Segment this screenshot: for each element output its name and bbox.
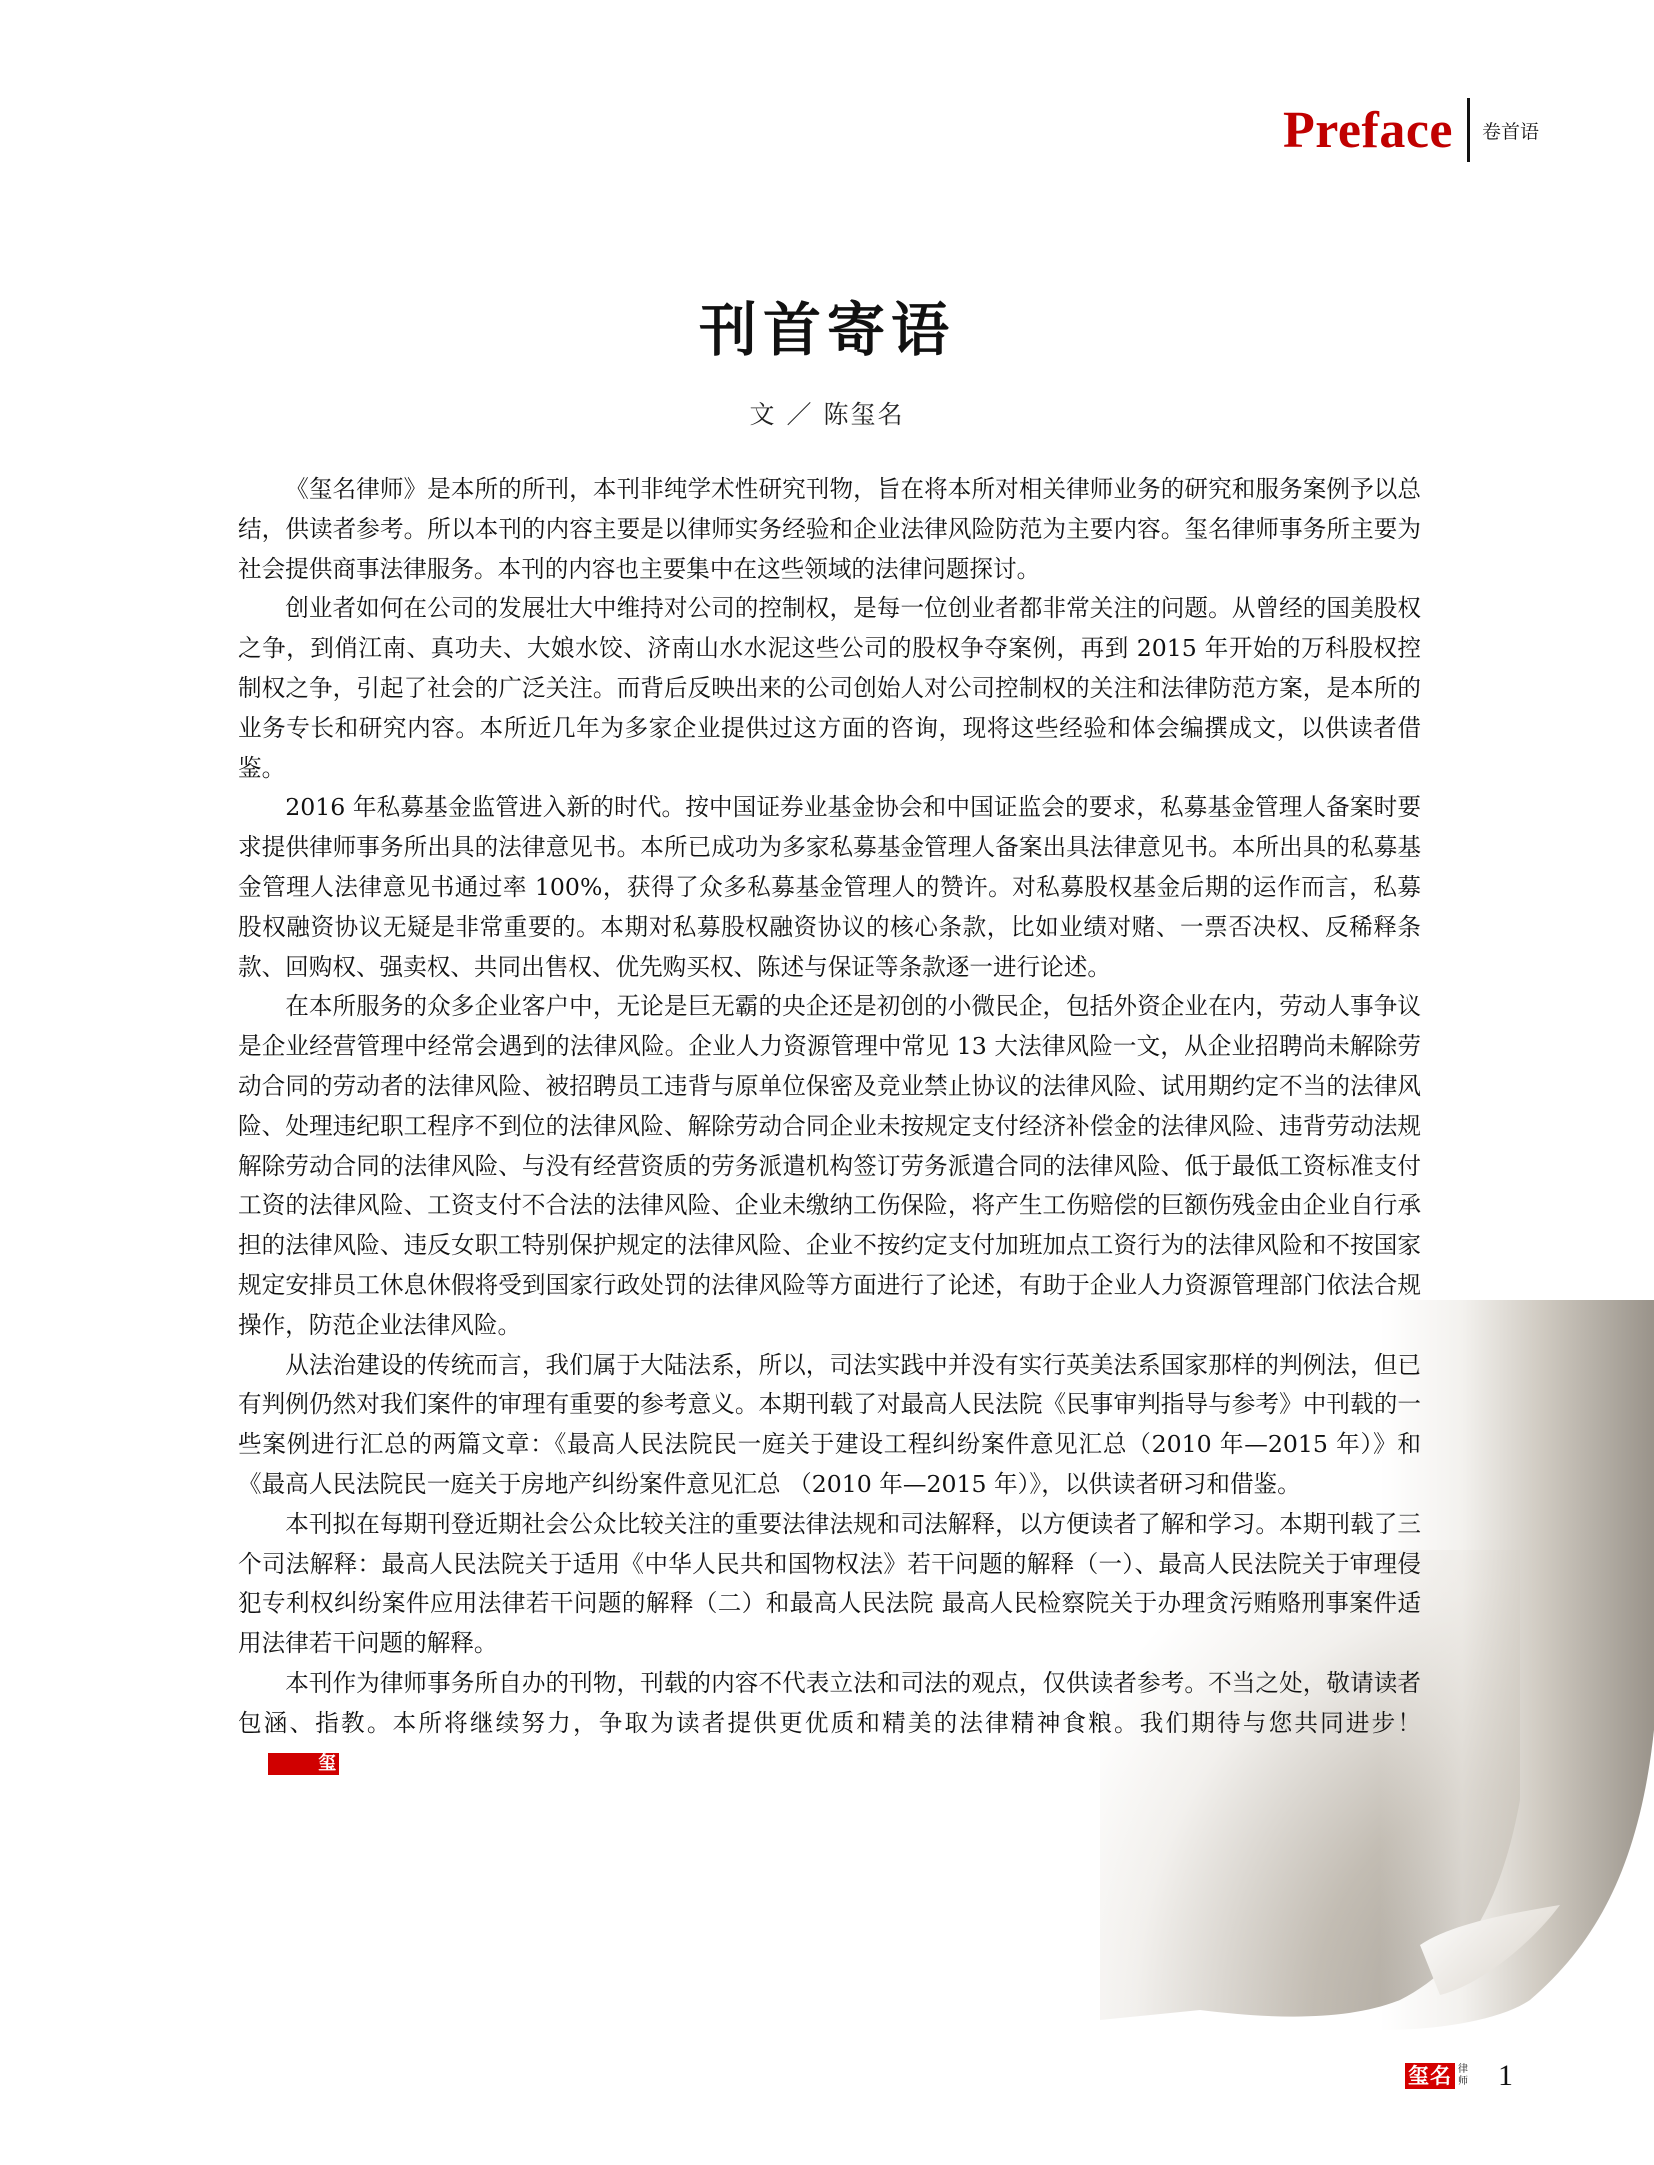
paragraph-closing-text: 本刊作为律师事务所自办的刊物，刊载的内容不代表立法和司法的观点，仅供读者参考。不… (238, 1669, 1421, 1737)
header-divider (1467, 98, 1470, 162)
publication-logo: 玺名 (1405, 2063, 1455, 2089)
article-body: 《玺名律师》是本所的所刊，本刊非纯学术性研究刊物，旨在将本所对相关律师业务的研究… (238, 470, 1421, 1783)
page-footer: 玺名 律 师 1 (1405, 2059, 1513, 2093)
section-label-en: Preface (1283, 101, 1453, 160)
section-header: Preface 卷首语 (1283, 98, 1539, 162)
paragraph: 在本所服务的众多企业客户中，无论是巨无霸的央企还是初创的小微民企，包括外资企业在… (238, 987, 1421, 1345)
article-title: 刊首寄语 (0, 283, 1654, 367)
paragraph: 《玺名律师》是本所的所刊，本刊非纯学术性研究刊物，旨在将本所对相关律师业务的研究… (238, 470, 1421, 589)
paragraph: 2016 年私募基金监管进入新的时代。按中国证券业基金协会和中国证监会的要求，私… (238, 788, 1421, 987)
paragraph: 创业者如何在公司的发展壮大中维持对公司的控制权，是每一位创业者都非常关注的问题。… (238, 589, 1421, 788)
logo-side-char: 律 (1458, 2064, 1468, 2076)
page-number: 1 (1498, 2059, 1513, 2093)
end-seal-icon: 玺 (268, 1753, 339, 1775)
paragraph: 从法治建设的传统而言，我们属于大陆法系，所以，司法实践中并没有实行英美法系国家那… (238, 1346, 1421, 1505)
article-byline: 文 ／ 陈玺名 (0, 395, 1654, 431)
paragraph: 本刊拟在每期刊登近期社会公众比较关注的重要法律法规和司法解释，以方便读者了解和学… (238, 1505, 1421, 1664)
paragraph-closing: 本刊作为律师事务所自办的刊物，刊载的内容不代表立法和司法的观点，仅供读者参考。不… (238, 1664, 1421, 1783)
section-label-cn: 卷首语 (1482, 117, 1539, 144)
publication-logo-side: 律 师 (1458, 2064, 1468, 2088)
logo-side-char: 师 (1458, 2076, 1468, 2088)
